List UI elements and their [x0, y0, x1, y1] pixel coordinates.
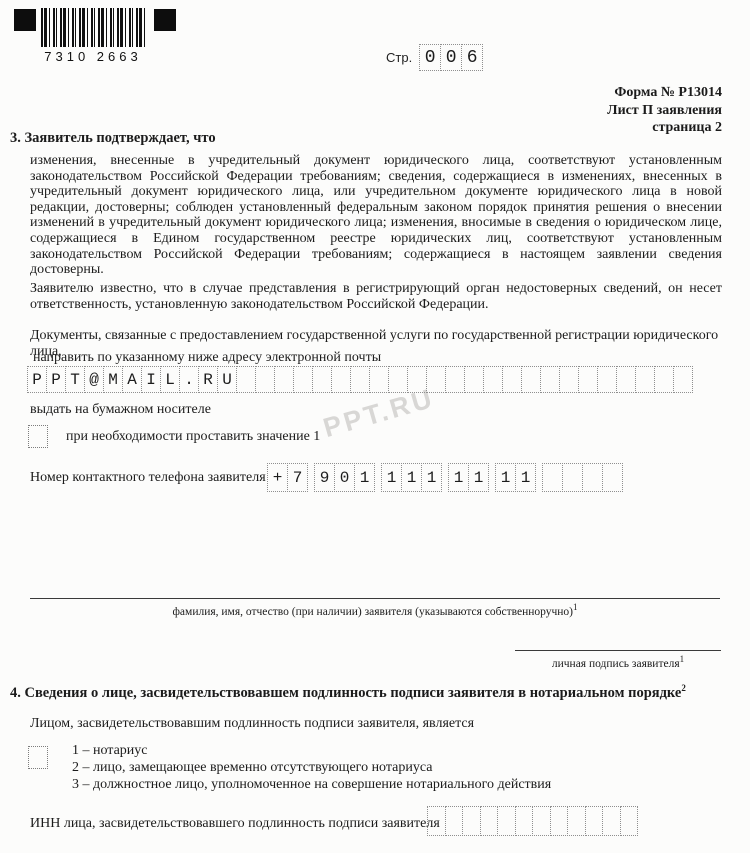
field-cell[interactable]: 0: [440, 44, 462, 71]
field-cell[interactable]: .: [179, 366, 199, 393]
field-cell[interactable]: [602, 463, 623, 492]
form-title-block: Форма № Р13014 Лист П заявления страница…: [607, 84, 722, 137]
field-cell[interactable]: 6: [461, 44, 483, 71]
field-cell[interactable]: [616, 366, 636, 393]
field-cell[interactable]: 0: [334, 463, 355, 492]
phone-field[interactable]: +79011111111: [268, 463, 623, 492]
field-cell[interactable]: [597, 366, 617, 393]
field-cell[interactable]: @: [84, 366, 104, 393]
field-cell[interactable]: +: [267, 463, 288, 492]
field-cell[interactable]: [293, 366, 313, 393]
form-page: 7310 2663 Стр. 006 Форма № Р13014 Лист П…: [0, 0, 750, 853]
paper-copy-label: выдать на бумажном носителе: [30, 402, 211, 418]
field-cell[interactable]: 7: [287, 463, 308, 492]
field-cell[interactable]: [602, 806, 621, 836]
field-cell[interactable]: I: [141, 366, 161, 393]
field-cell[interactable]: 1: [381, 463, 402, 492]
field-cell[interactable]: [542, 463, 563, 492]
witness-label: Лицом, засвидетельствовавшим подлинность…: [30, 716, 474, 732]
fio-signature-line[interactable]: [30, 598, 720, 599]
field-cell[interactable]: [550, 806, 569, 836]
field-cell[interactable]: [350, 366, 370, 393]
field-cell[interactable]: L: [160, 366, 180, 393]
field-cell[interactable]: [567, 806, 586, 836]
field-cell[interactable]: [255, 366, 275, 393]
barcode-bars: [41, 8, 145, 47]
field-cell[interactable]: [426, 366, 446, 393]
field-cell[interactable]: [388, 366, 408, 393]
signature-caption: личная подпись заявителя1: [515, 654, 721, 670]
field-cell[interactable]: P: [46, 366, 66, 393]
phone-cell-group[interactable]: +7: [268, 463, 308, 492]
field-cell[interactable]: A: [122, 366, 142, 393]
field-cell[interactable]: M: [103, 366, 123, 393]
field-cell[interactable]: 1: [495, 463, 516, 492]
phone-cell-group[interactable]: 11: [449, 463, 489, 492]
form-number: Форма № Р13014: [607, 84, 722, 102]
barcode-anchor-left: [14, 9, 36, 31]
field-cell[interactable]: [407, 366, 427, 393]
section3-paragraph1: изменения, внесенные в учредительный док…: [30, 153, 722, 278]
field-cell[interactable]: U: [217, 366, 237, 393]
field-cell[interactable]: [515, 806, 534, 836]
page-number-label: Стр.: [386, 50, 412, 65]
fio-caption-text: фамилия, имя, отчество (при наличии) зая…: [172, 606, 573, 618]
field-cell[interactable]: [585, 806, 604, 836]
inn-field[interactable]: [428, 806, 638, 836]
signature-caption-text: личная подпись заявителя: [552, 658, 680, 670]
field-cell[interactable]: [502, 366, 522, 393]
section4-title: 4. Сведения о лице, засвидетельствовавше…: [10, 683, 740, 702]
field-cell[interactable]: 9: [314, 463, 335, 492]
field-cell[interactable]: [562, 463, 583, 492]
field-cell[interactable]: [312, 366, 332, 393]
witness-option: 1 – нотариус: [72, 742, 551, 759]
section4-title-footnote: 2: [681, 683, 686, 693]
phone-cell-group[interactable]: [543, 463, 623, 492]
field-cell[interactable]: 1: [421, 463, 442, 492]
field-cell[interactable]: [445, 366, 465, 393]
witness-type-checkbox[interactable]: [28, 746, 48, 769]
email-label: направить по указанному ниже адресу элек…: [33, 350, 381, 366]
inn-label: ИНН лица, засвидетельствовавшего подлинн…: [30, 816, 440, 832]
field-cell[interactable]: 1: [354, 463, 375, 492]
section3-title: 3. Заявитель подтверждает, что: [10, 130, 216, 147]
phone-label: Номер контактного телефона заявителя: [30, 470, 266, 486]
field-cell[interactable]: [427, 806, 446, 836]
field-cell[interactable]: [483, 366, 503, 393]
section4-title-text: 4. Сведения о лице, засвидетельствовавше…: [10, 685, 681, 701]
barcode-number: 7310 2663: [32, 49, 154, 64]
field-cell[interactable]: [445, 806, 464, 836]
field-cell[interactable]: P: [27, 366, 47, 393]
field-cell[interactable]: 1: [515, 463, 536, 492]
checkbox-hint: при необходимости проставить значение 1: [66, 429, 320, 445]
page-number-field[interactable]: 006: [420, 44, 483, 71]
field-cell[interactable]: [331, 366, 351, 393]
field-cell[interactable]: [480, 806, 499, 836]
witness-options: 1 – нотариус2 – лицо, замещающее временн…: [72, 742, 551, 794]
fio-caption-footnote: 1: [573, 602, 578, 612]
field-cell[interactable]: 1: [448, 463, 469, 492]
field-cell[interactable]: [274, 366, 294, 393]
section3-paragraph2: Заявителю известно, что в случае предста…: [30, 281, 722, 312]
signature-caption-footnote: 1: [680, 654, 685, 664]
field-cell[interactable]: [654, 366, 674, 393]
email-field[interactable]: PPT@MAIL.RU: [28, 366, 693, 393]
field-cell[interactable]: [635, 366, 655, 393]
personal-signature-line[interactable]: [515, 650, 721, 651]
form-page-label: страница 2: [607, 119, 722, 137]
field-cell[interactable]: [620, 806, 639, 836]
field-cell[interactable]: 1: [468, 463, 489, 492]
phone-cell-group[interactable]: 11: [496, 463, 536, 492]
paper-copy-checkbox[interactable]: [28, 425, 48, 448]
field-cell[interactable]: [369, 366, 389, 393]
field-cell[interactable]: 0: [419, 44, 441, 71]
field-cell[interactable]: R: [198, 366, 218, 393]
witness-option: 3 – должностное лицо, уполномоченное на …: [72, 776, 551, 793]
field-cell[interactable]: [578, 366, 598, 393]
field-cell[interactable]: [497, 806, 516, 836]
witness-option: 2 – лицо, замещающее временно отсутствую…: [72, 759, 551, 776]
form-sheet: Лист П заявления: [607, 102, 722, 120]
field-cell[interactable]: [673, 366, 693, 393]
field-cell[interactable]: [464, 366, 484, 393]
field-cell[interactable]: 1: [401, 463, 422, 492]
field-cell[interactable]: [462, 806, 481, 836]
field-cell[interactable]: [559, 366, 579, 393]
field-cell[interactable]: [532, 806, 551, 836]
field-cell[interactable]: T: [65, 366, 85, 393]
page-number-block: Стр. 006: [386, 44, 483, 71]
field-cell[interactable]: [582, 463, 603, 492]
phone-cell-group[interactable]: 111: [382, 463, 442, 492]
fio-caption: фамилия, имя, отчество (при наличии) зая…: [30, 602, 720, 618]
field-cell[interactable]: [236, 366, 256, 393]
phone-cell-group[interactable]: 901: [315, 463, 375, 492]
field-cell[interactable]: [521, 366, 541, 393]
field-cell[interactable]: [540, 366, 560, 393]
barcode: 7310 2663: [14, 8, 190, 64]
barcode-anchor-right: [154, 9, 176, 31]
